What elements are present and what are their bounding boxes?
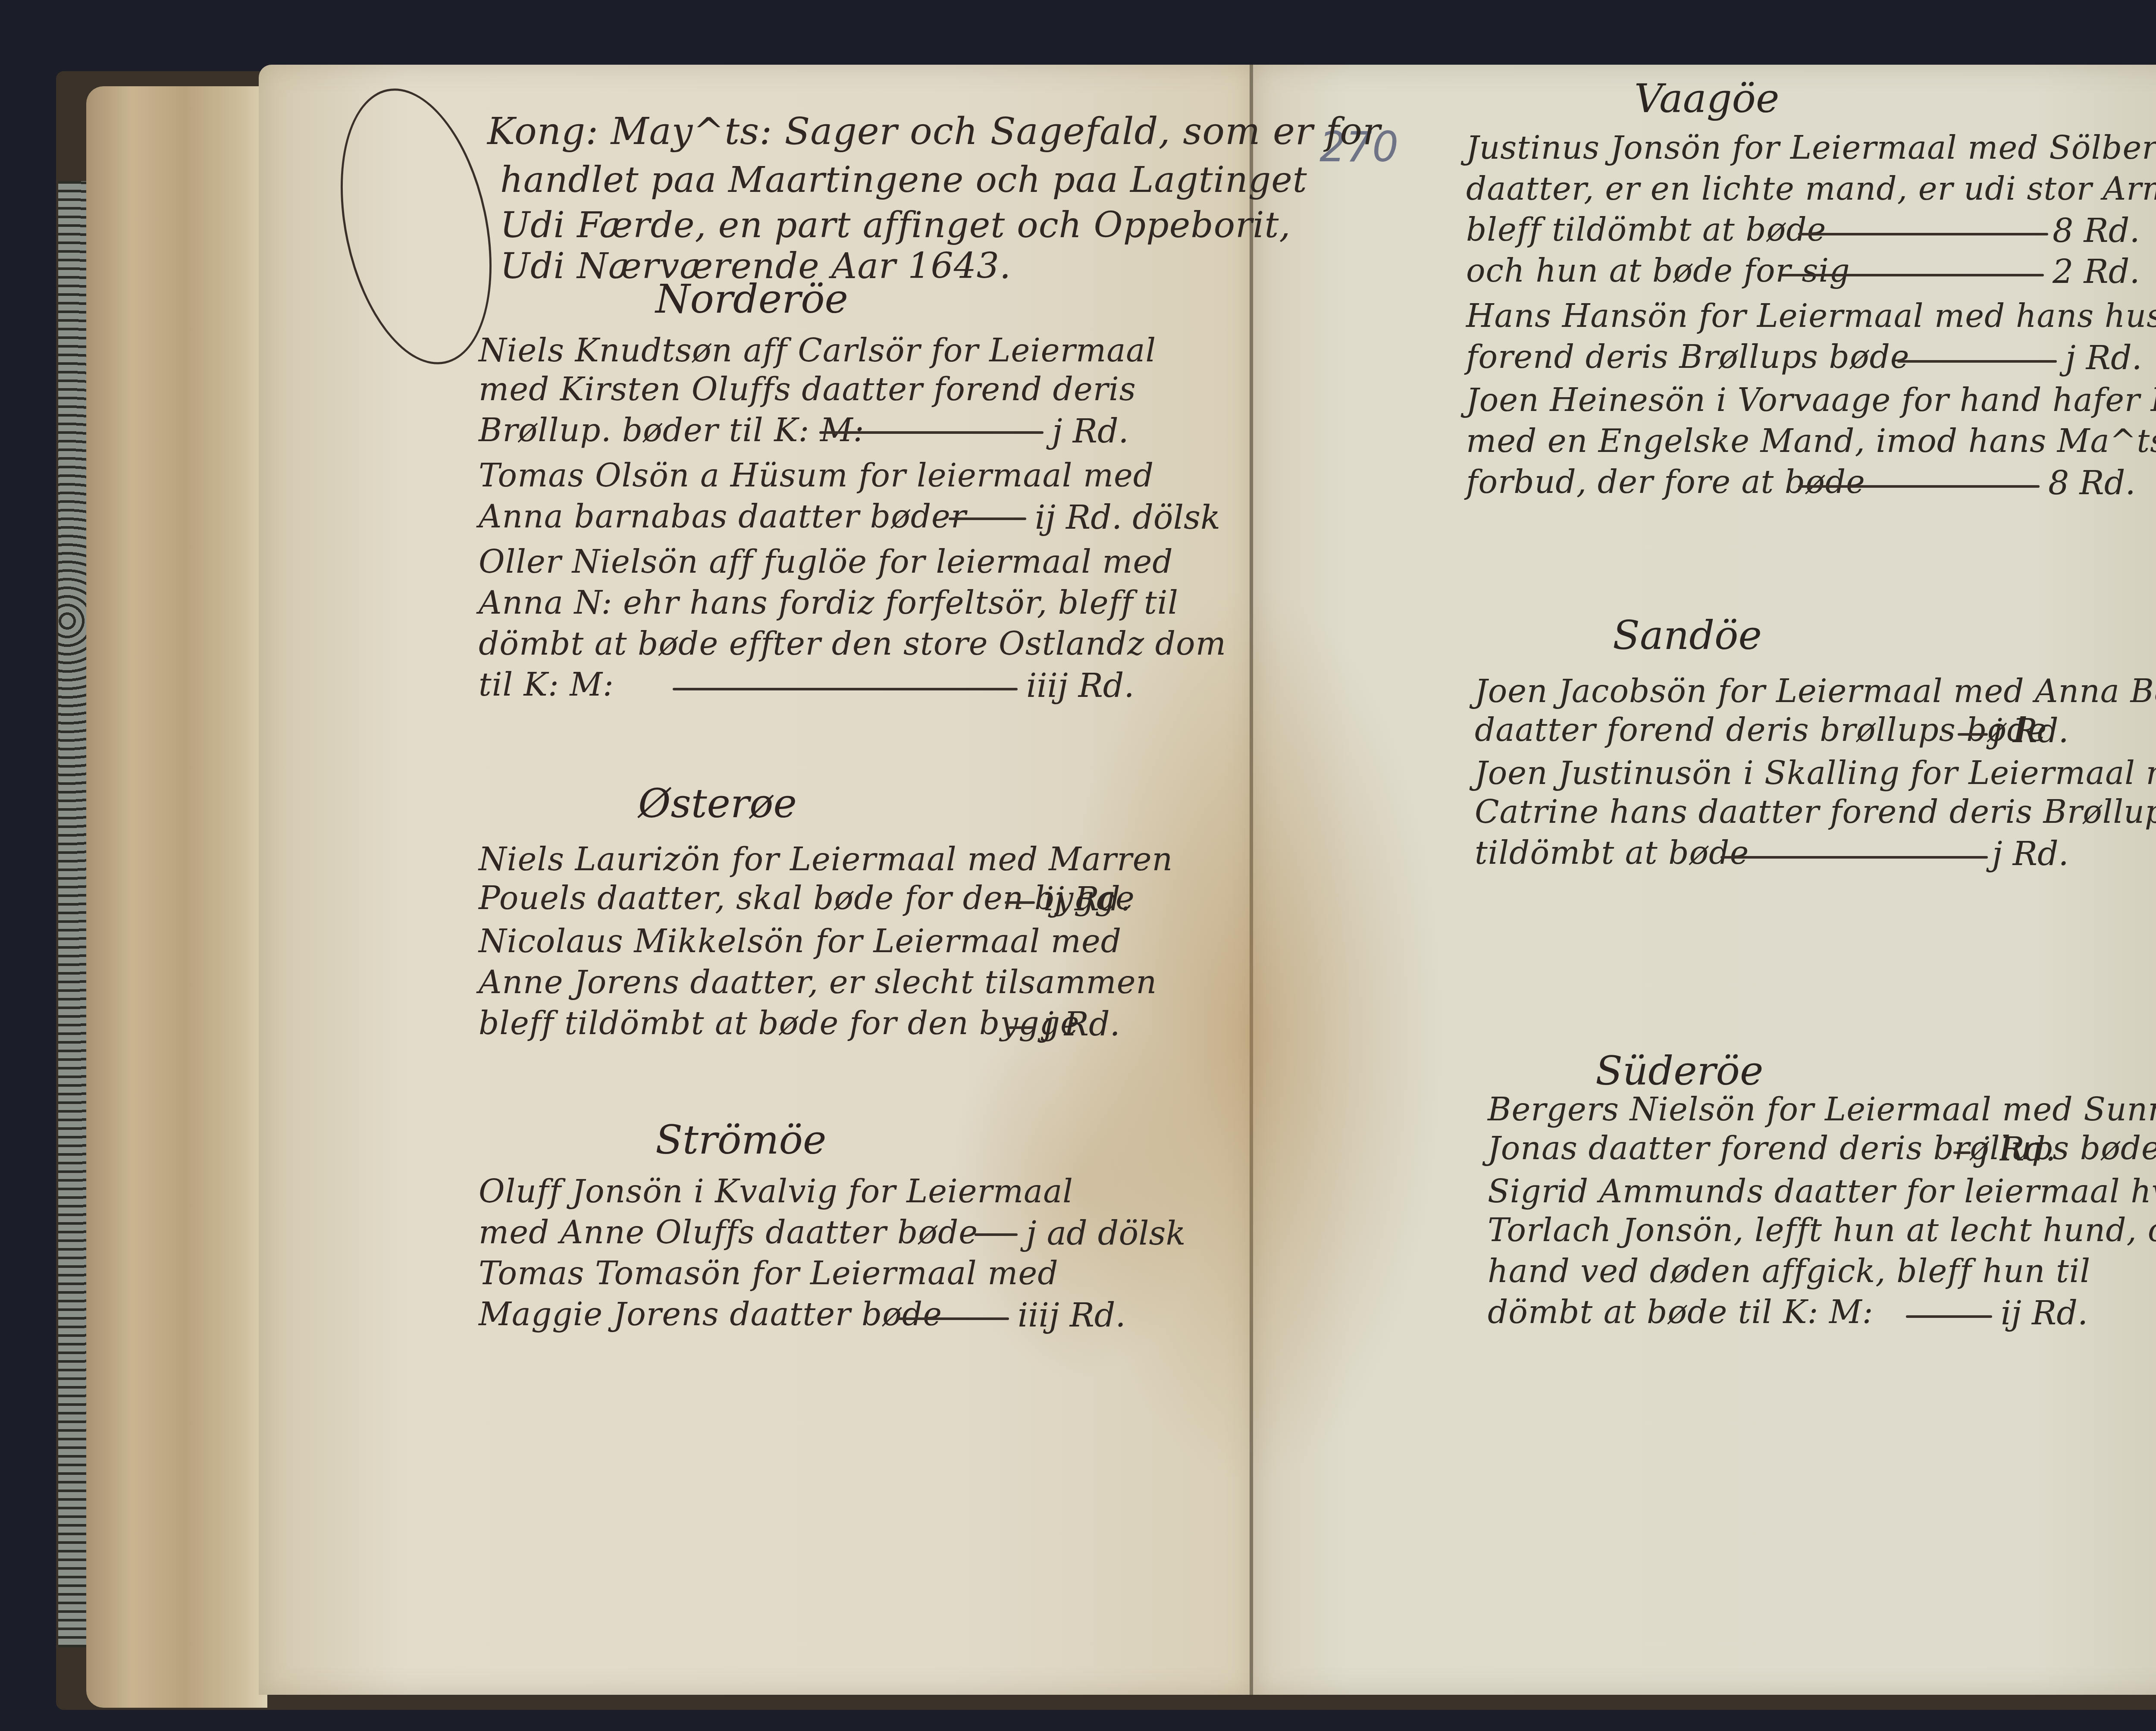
entry-line: med en Engelske Mand, imod hans Ma^ts:	[1466, 423, 2156, 460]
ledger-rule	[1906, 1315, 1992, 1318]
amount: ij Rd. dölsk	[1035, 498, 1220, 536]
entry-line: Sigrid Ammunds daatter for leiermaal hvi…	[1488, 1173, 2156, 1210]
entry-line: Maggie Jorens daatter bøde	[479, 1296, 942, 1333]
entry-line: hand ved døden affgick, bleff hun til	[1488, 1253, 2090, 1290]
section-heading: Vaagöe	[1634, 75, 1779, 122]
ledger-rule	[897, 1317, 1009, 1320]
entry-line: Justinus Jonsön for Leiermaal med Sölber…	[1466, 129, 2156, 166]
entry-line: Catrine hans daatter forend deris Brøllu…	[1475, 793, 2156, 831]
section-heading: Østerøe	[638, 781, 797, 827]
amount: 2 Rd.	[2053, 252, 2140, 291]
amount: 8 Rd.	[2053, 211, 2140, 250]
ledger-rule	[1958, 733, 1988, 736]
section-heading: Norderöe	[655, 276, 848, 322]
entry-line: Oluff Jonsön i Kvalvig for Leiermaal	[479, 1173, 1073, 1210]
ledger-rule	[1953, 1151, 1971, 1154]
entry-line: Tomas Olsön a Hüsum for leiermaal med	[479, 457, 1154, 494]
entry-line: Joen Heinesön i Vorvaage for hand hafer …	[1466, 382, 2156, 419]
amount: j Rd.	[1992, 712, 2069, 750]
title-line: handlet paa Maartingene och paa Lagtinge…	[500, 160, 1307, 201]
amount: j Rd.	[1979, 1130, 2056, 1168]
section-heading: Strömöe	[655, 1117, 826, 1163]
entry-line: Joen Jacobsön for Leiermaal med Anna Bar…	[1475, 673, 2156, 710]
ledger-rule	[673, 688, 1018, 690]
entry-line: bleff tildömbt at bøde for den bygge	[479, 1005, 1080, 1042]
ledger-rule	[1005, 901, 1035, 904]
amount: j Rd.	[1992, 834, 2069, 873]
entry-line: Torlach Jonsön, lefft hun at lecht hund,…	[1488, 1212, 2156, 1249]
entry-line: Oller Nielsön aff fuglöe for leiermaal m…	[479, 543, 1173, 580]
amount: ij Rd.	[2001, 1294, 2088, 1332]
entry-line: med Kirsten Oluffs daatter forend deris	[479, 371, 1136, 408]
amount: j Rd.	[1044, 1005, 1120, 1043]
entry-line: och hun at bøde for sig	[1466, 252, 1850, 289]
entry-line: Nicolaus Mikkelsön for Leiermaal med	[479, 923, 1122, 960]
entry-line: Tomas Tomasön for Leiermaal med	[479, 1255, 1059, 1292]
entry-line: forbud, der fore at bøde	[1466, 464, 1865, 501]
entry-line: med Anne Oluffs daatter bøde	[479, 1214, 978, 1251]
entry-line: dömbt at bøde effter den store Ostlandz …	[479, 625, 1226, 662]
ledger-rule	[819, 431, 1044, 434]
entry-line: daatter forend deris brøllups bøde	[1475, 712, 2047, 749]
entry-line: forend deris Brøllups bøde	[1466, 339, 1910, 376]
entry-line: dömbt at bøde til K: M:	[1488, 1294, 1874, 1331]
entry-line: bleff tildömbt at bøde	[1466, 211, 1826, 248]
ledger-rule	[1781, 274, 2044, 276]
entry-line: Bergers Nielsön for Leiermaal med Sunna	[1488, 1091, 2156, 1128]
marbled-board-edge	[58, 181, 88, 1647]
entry-line: Niels Knudtsøn aff Carlsör for Leiermaal	[479, 332, 1156, 369]
amount: j ad dölsk	[1026, 1214, 1186, 1252]
amount: 8 Rd.	[2048, 464, 2136, 502]
entry-line: Joen Justinusön i Skalling for Leiermaal…	[1475, 755, 2156, 792]
entry-line: daatter, er en lichte mand, er udi stor …	[1466, 170, 2156, 207]
entry-line: tildömbt at bøde	[1475, 834, 1749, 872]
amount: iiij Rd.	[1018, 1296, 1126, 1334]
left-page-stack-edge	[86, 86, 267, 1708]
section-heading: Sandöe	[1613, 612, 1762, 659]
amount: ij Rd.	[1044, 880, 1131, 918]
entry-line: til K: M:	[479, 666, 614, 703]
ledger-rule	[1009, 1026, 1035, 1029]
entry-line: Brøllup. bøder til K: M:	[479, 412, 865, 449]
ledger-rule	[975, 1233, 1018, 1236]
ledger-rule	[1798, 485, 2040, 488]
amount: j Rd.	[2065, 339, 2142, 377]
entry-line: Niels Laurizön for Leiermaal med Marren	[479, 841, 1173, 878]
ledger-rule	[1720, 856, 1988, 859]
entry-line: Anna N: ehr hans fordiz forfeltsör, blef…	[479, 584, 1178, 621]
title-line: Udi Færde, en part affinget och Oppebori…	[500, 205, 1291, 246]
entry-line: Anna barnabas daatter bøder	[479, 498, 966, 535]
amount: iiij Rd.	[1026, 666, 1134, 705]
ledger-rule	[1798, 233, 2048, 235]
ledger-rule	[1897, 360, 2057, 363]
ledger-rule	[949, 517, 1026, 520]
section-heading: Süderöe	[1595, 1048, 1763, 1094]
entry-line: Hans Hansön for Leiermaal med hans hustr…	[1466, 298, 2156, 335]
amount: j Rd.	[1052, 412, 1129, 450]
entry-line: Pouels daatter, skal bøde for den bygge	[479, 880, 1135, 917]
entry-line: Anne Jorens daatter, er slecht tilsammen	[479, 964, 1157, 1001]
title-line: Kong: May^ts: Sager och Sagefald, som er…	[487, 110, 1381, 153]
